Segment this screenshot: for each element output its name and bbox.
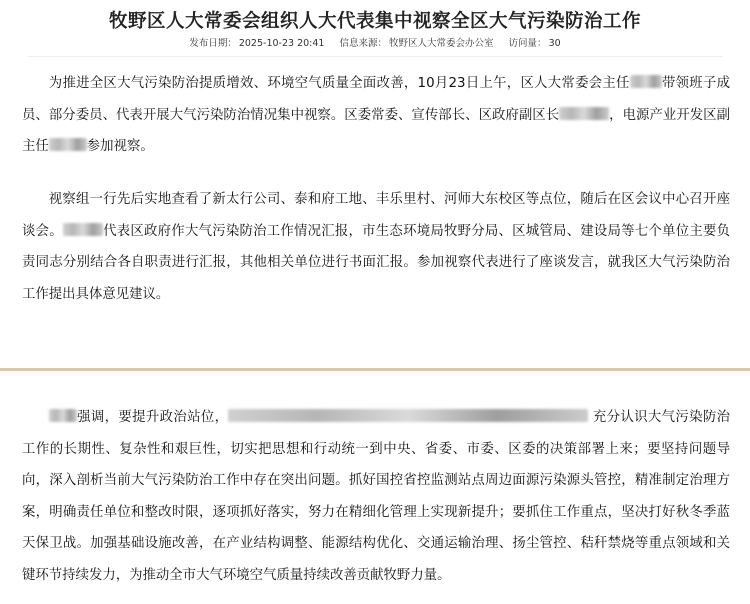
redacted-name [49,409,77,422]
redacted-name [559,107,609,120]
redacted-text [228,409,588,422]
article-meta: 发布日期：2025-10-23 20:41 信息来源：牧野区人大常委会办公室 访… [0,35,750,49]
view-count: 访问量：30 [509,38,561,49]
info-source-label: 信息来源： [339,38,387,49]
paragraph-3: 强调，要提升政治站位， 充分认识大气污染防治工作的长期性、复杂性和艰巨性，切实把… [22,402,730,591]
publish-date-label: 发布日期： [189,38,237,49]
paragraph-text: 代表区政府作大气污染防治工作情况汇报，市生态环境局牧野分局、区城管局、建设局等七… [22,224,730,302]
paragraph-2: 视察组一行先后实地查看了新太行公司、泰和府工地、丰乐里村、河师大东校区等点位，随… [22,184,730,310]
paragraph-text: 为推进全区大气污染防治提质增效、环境空气质量全面改善，10月23日上午，区人大常… [49,76,630,91]
paragraph-text: 强调，要提升政治站位， [77,410,229,425]
info-source: 信息来源：牧野区人大常委会办公室 [339,38,493,49]
divider-shade [0,371,750,377]
paragraph-text: 参加视察。 [87,139,154,154]
publish-date: 发布日期：2025-10-23 20:41 [189,38,324,49]
header-separator [28,56,722,57]
redacted-name [49,138,87,151]
redacted-name [630,75,662,88]
info-source-value: 牧野区人大常委会办公室 [389,38,494,49]
view-count-label: 访问量： [509,38,547,49]
paragraph-1: 为推进全区大气污染防治提质增效、环境空气质量全面改善，10月23日上午，区人大常… [22,68,730,163]
redacted-name [63,223,103,236]
publish-date-value: 2025-10-23 20:41 [239,38,325,49]
paragraph-text: 充分认识大气污染防治工作的长期性、复杂性和艰巨性，切实把思想和行动统一到中央、省… [22,410,730,583]
article-title: 牧野区人大常委会组织人大代表集中视察全区大气污染防治工作 [0,7,750,33]
view-count-value: 30 [549,38,561,49]
